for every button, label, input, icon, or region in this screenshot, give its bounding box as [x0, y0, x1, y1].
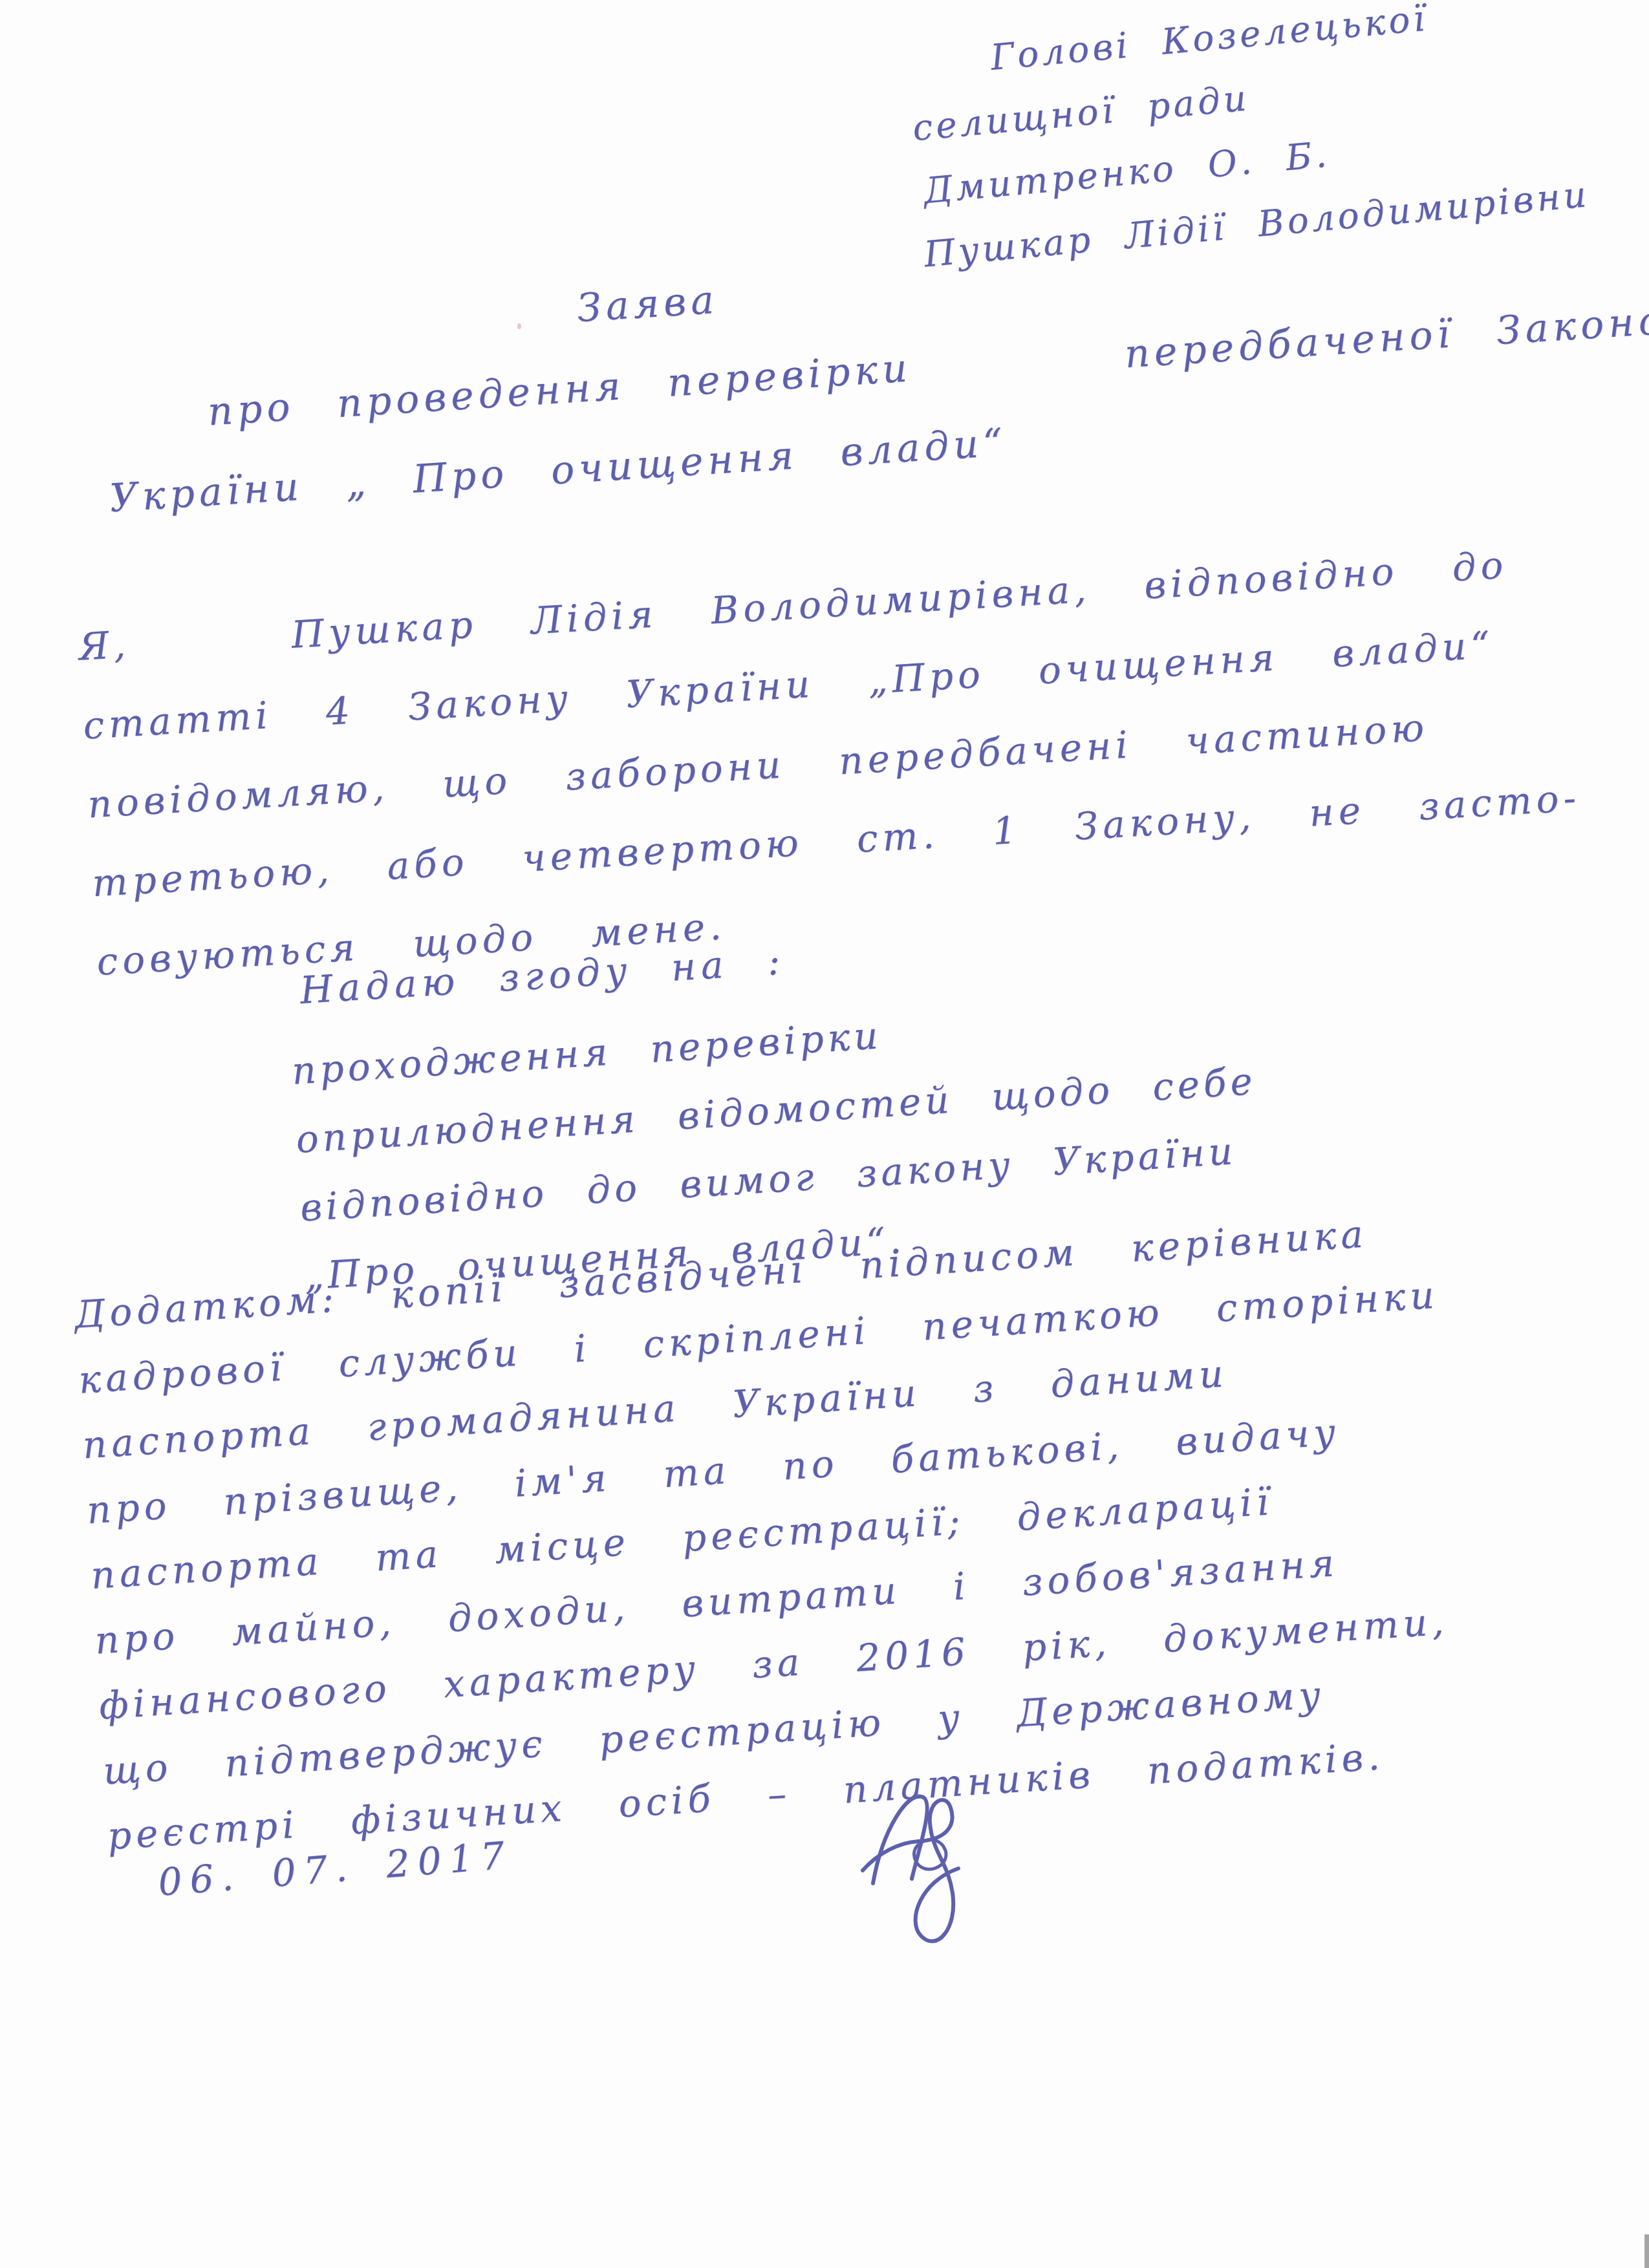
document-title-block: Заява про проведення перевірки передбаче…: [97, 198, 1649, 539]
scanned-handwritten-application: Голові Козелецької селищної ради Дмитрен…: [0, 0, 1649, 2268]
attachment-paragraph: Додатком: копії засвідчені підписом кері…: [72, 1197, 1469, 1870]
signature-flourish-icon: [854, 1764, 1009, 1964]
signature-mark: [854, 1764, 1009, 1964]
scan-edge-artifact: [1644, 2234, 1649, 2268]
main-paragraph: Я, Пушкар Лідія Володимирівна, відповідн…: [76, 522, 1587, 1001]
scan-speck-artifact: [517, 323, 521, 329]
